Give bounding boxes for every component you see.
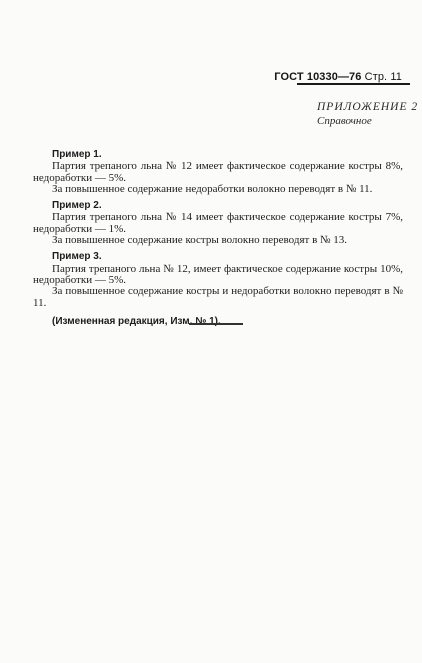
example-1: Пример 1. Партия трепаного льна № 12 име… bbox=[33, 149, 403, 195]
document-body: Пример 1. Партия трепаного льна № 12 име… bbox=[33, 149, 403, 327]
example-3: Пример 3. Партия трепаного льна № 12, им… bbox=[33, 251, 403, 308]
page-header: ГОСТ 10330—76 Стр. 11 bbox=[274, 71, 402, 83]
header-rule bbox=[297, 83, 410, 85]
example-paragraph: Партия трепаного льна № 12, имеет фактич… bbox=[33, 264, 403, 287]
end-separator bbox=[189, 323, 243, 325]
example-title: Пример 1. bbox=[33, 149, 403, 160]
example-title: Пример 2. bbox=[33, 200, 403, 211]
example-paragraph: За повышенное содержание костры и недора… bbox=[33, 286, 403, 309]
example-2: Пример 2. Партия трепаного льна № 14 име… bbox=[33, 200, 403, 246]
example-paragraph: Партия трепаного льна № 12 имеет фактиче… bbox=[33, 161, 403, 184]
appendix-title: ПРИЛОЖЕНИЕ 2 bbox=[317, 101, 418, 113]
example-paragraph: Партия трепаного льна № 14 имеет фактиче… bbox=[33, 212, 403, 235]
appendix-subtitle: Справочное bbox=[317, 115, 372, 127]
page-number: Стр. 11 bbox=[365, 71, 402, 83]
example-paragraph: За повышенное содержание костры волокно … bbox=[33, 235, 403, 246]
example-title: Пример 3. bbox=[33, 251, 403, 262]
amendment-note: (Измененная редакция, Изм. № 1). bbox=[33, 316, 403, 327]
example-paragraph: За повышенное содержание недоработки вол… bbox=[33, 184, 403, 195]
standard-number: ГОСТ 10330—76 bbox=[274, 71, 361, 83]
